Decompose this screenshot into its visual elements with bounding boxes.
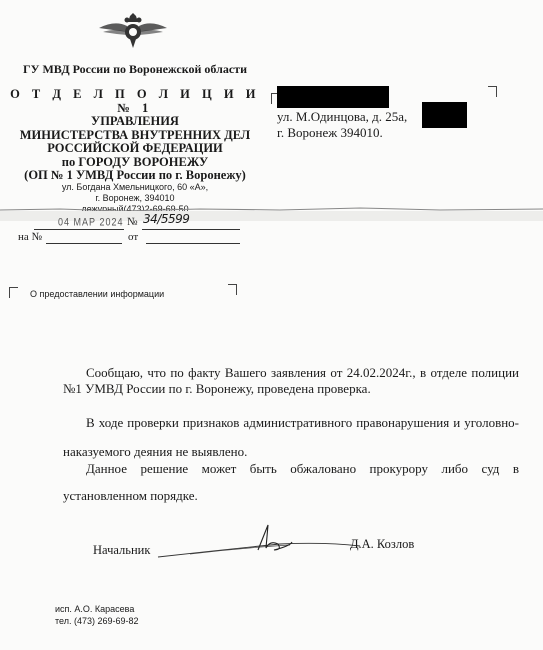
reference-date-label: от: [128, 231, 138, 243]
recipient-street: ул. М.Одинцова, д. 25а,: [277, 109, 407, 125]
paragraph-text: Сообщаю, что по факту Вашего заявления о…: [63, 365, 519, 396]
org-top-title: ГУ МВД России по Воронежской области: [0, 62, 270, 77]
number-underline: [142, 229, 240, 230]
dept-line-6: (ОП № 1 УМВД России по г. Воронежу): [0, 169, 270, 183]
recipient-city: г. Воронеж 394010.: [277, 125, 407, 141]
executor-name: исп. А.О. Карасева: [55, 603, 139, 615]
dept-line-1: О Т Д Е Л П О Л И Ц И И № 1: [0, 88, 270, 115]
recipient-address: ул. М.Одинцова, д. 25а, г. Воронеж 39401…: [277, 109, 407, 141]
recipient-name-redaction: [277, 86, 389, 108]
registration-number: 34/5599: [143, 212, 189, 226]
signatory-position: Начальник: [93, 543, 150, 558]
paragraph-text: Данное решение может быть обжаловано про…: [63, 461, 519, 503]
reference-number-line: [46, 243, 122, 244]
recipient-corner-right: [488, 86, 497, 97]
address-street: ул. Богдана Хмельницкого, 60 «А»,: [0, 182, 270, 193]
executor-info: исп. А.О. Карасева тел. (473) 269-69-82: [55, 603, 139, 627]
reference-number-label: на №: [18, 231, 42, 243]
address-city: г. Воронеж, 394010: [0, 193, 270, 204]
date-underline: [34, 229, 124, 230]
recipient-apartment-redaction: [422, 102, 467, 128]
body-paragraph-3: Данное решение может быть обжаловано про…: [63, 455, 519, 509]
dept-line-3: МИНИСТЕРСТВА ВНУТРЕННИХ ДЕЛ: [0, 129, 270, 143]
dept-line-4: РОССИЙСКОЙ ФЕДЕРАЦИИ: [0, 142, 270, 156]
handwritten-signature-icon: [150, 520, 365, 560]
subject-corner-right: [228, 284, 237, 295]
body-paragraph-1: Сообщаю, что по факту Вашего заявления о…: [63, 365, 519, 397]
registration-date-stamp: 04 МАР 2024: [58, 216, 124, 228]
subject-corner-left: [9, 287, 18, 298]
signatory-name: Д.А. Козлов: [350, 537, 414, 552]
department-block: О Т Д Е Л П О Л И Ц И И № 1 УПРАВЛЕНИЯ М…: [0, 88, 270, 183]
subject-line: О предоставлении информации: [30, 289, 164, 299]
dept-line-2: УПРАВЛЕНИЯ: [0, 115, 270, 129]
number-label: №: [127, 216, 138, 228]
dept-line-5: по ГОРОДУ ВОРОНЕЖУ: [0, 156, 270, 170]
paragraph-text: В ходе проверки признаков административн…: [63, 415, 519, 459]
executor-phone: тел. (473) 269-69-82: [55, 615, 139, 627]
reference-date-line: [146, 243, 240, 244]
mvd-emblem-icon: [97, 8, 169, 50]
